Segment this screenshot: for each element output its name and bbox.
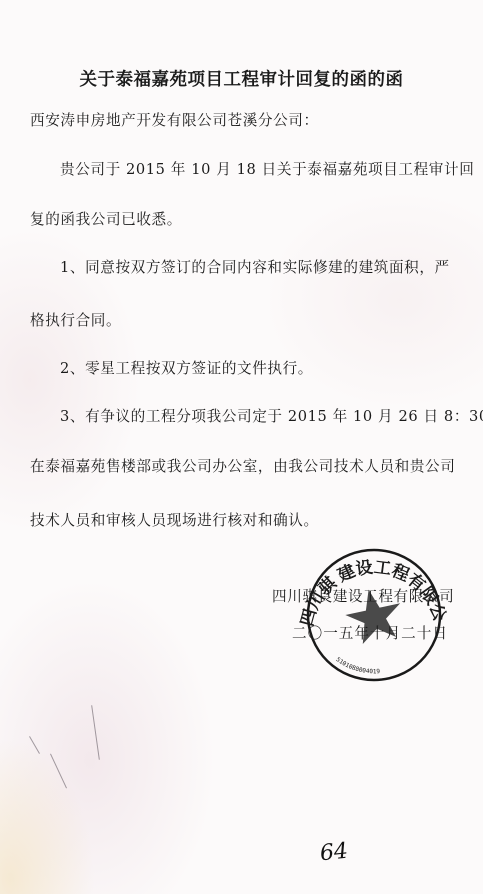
paper-crease [29,736,40,754]
body-line: 贵公司于 2015 年 10 月 18 日关于泰福嘉苑项目工程审计回 [60,158,474,179]
body-line: 技术人员和审核人员现场进行核对和确认。 [30,509,319,530]
signature-date: 二〇一五年十月二十日 [292,622,448,643]
addressee: 西安涛申房地产开发有限公司苍溪分公司： [30,109,319,130]
paper-crease [91,705,100,760]
body-line: 在泰福嘉苑售楼部或我公司办公室，由我公司技术人员和贵公司 [30,455,455,476]
body-line: 复的函我公司已收悉。 [30,208,182,229]
body-line: 2、零星工程按双方签证的文件执行。 [60,357,313,378]
body-line: 格执行合同。 [30,309,121,330]
paper-crease [50,754,67,789]
body-line: 3、有争议的工程分项我公司定于 2015 年 10 月 26 日 8：30 [60,405,483,426]
signature-company: 四川骐良建设工程有限公司 [272,585,454,606]
body-line: 1、同意按双方签订的合同内容和实际修建的建筑面积，严 [60,256,450,277]
handwritten-page-number: 64 [319,839,349,867]
document-title: 关于泰福嘉苑项目工程审计回复的函的函 [0,66,483,91]
paper-background [0,0,483,894]
